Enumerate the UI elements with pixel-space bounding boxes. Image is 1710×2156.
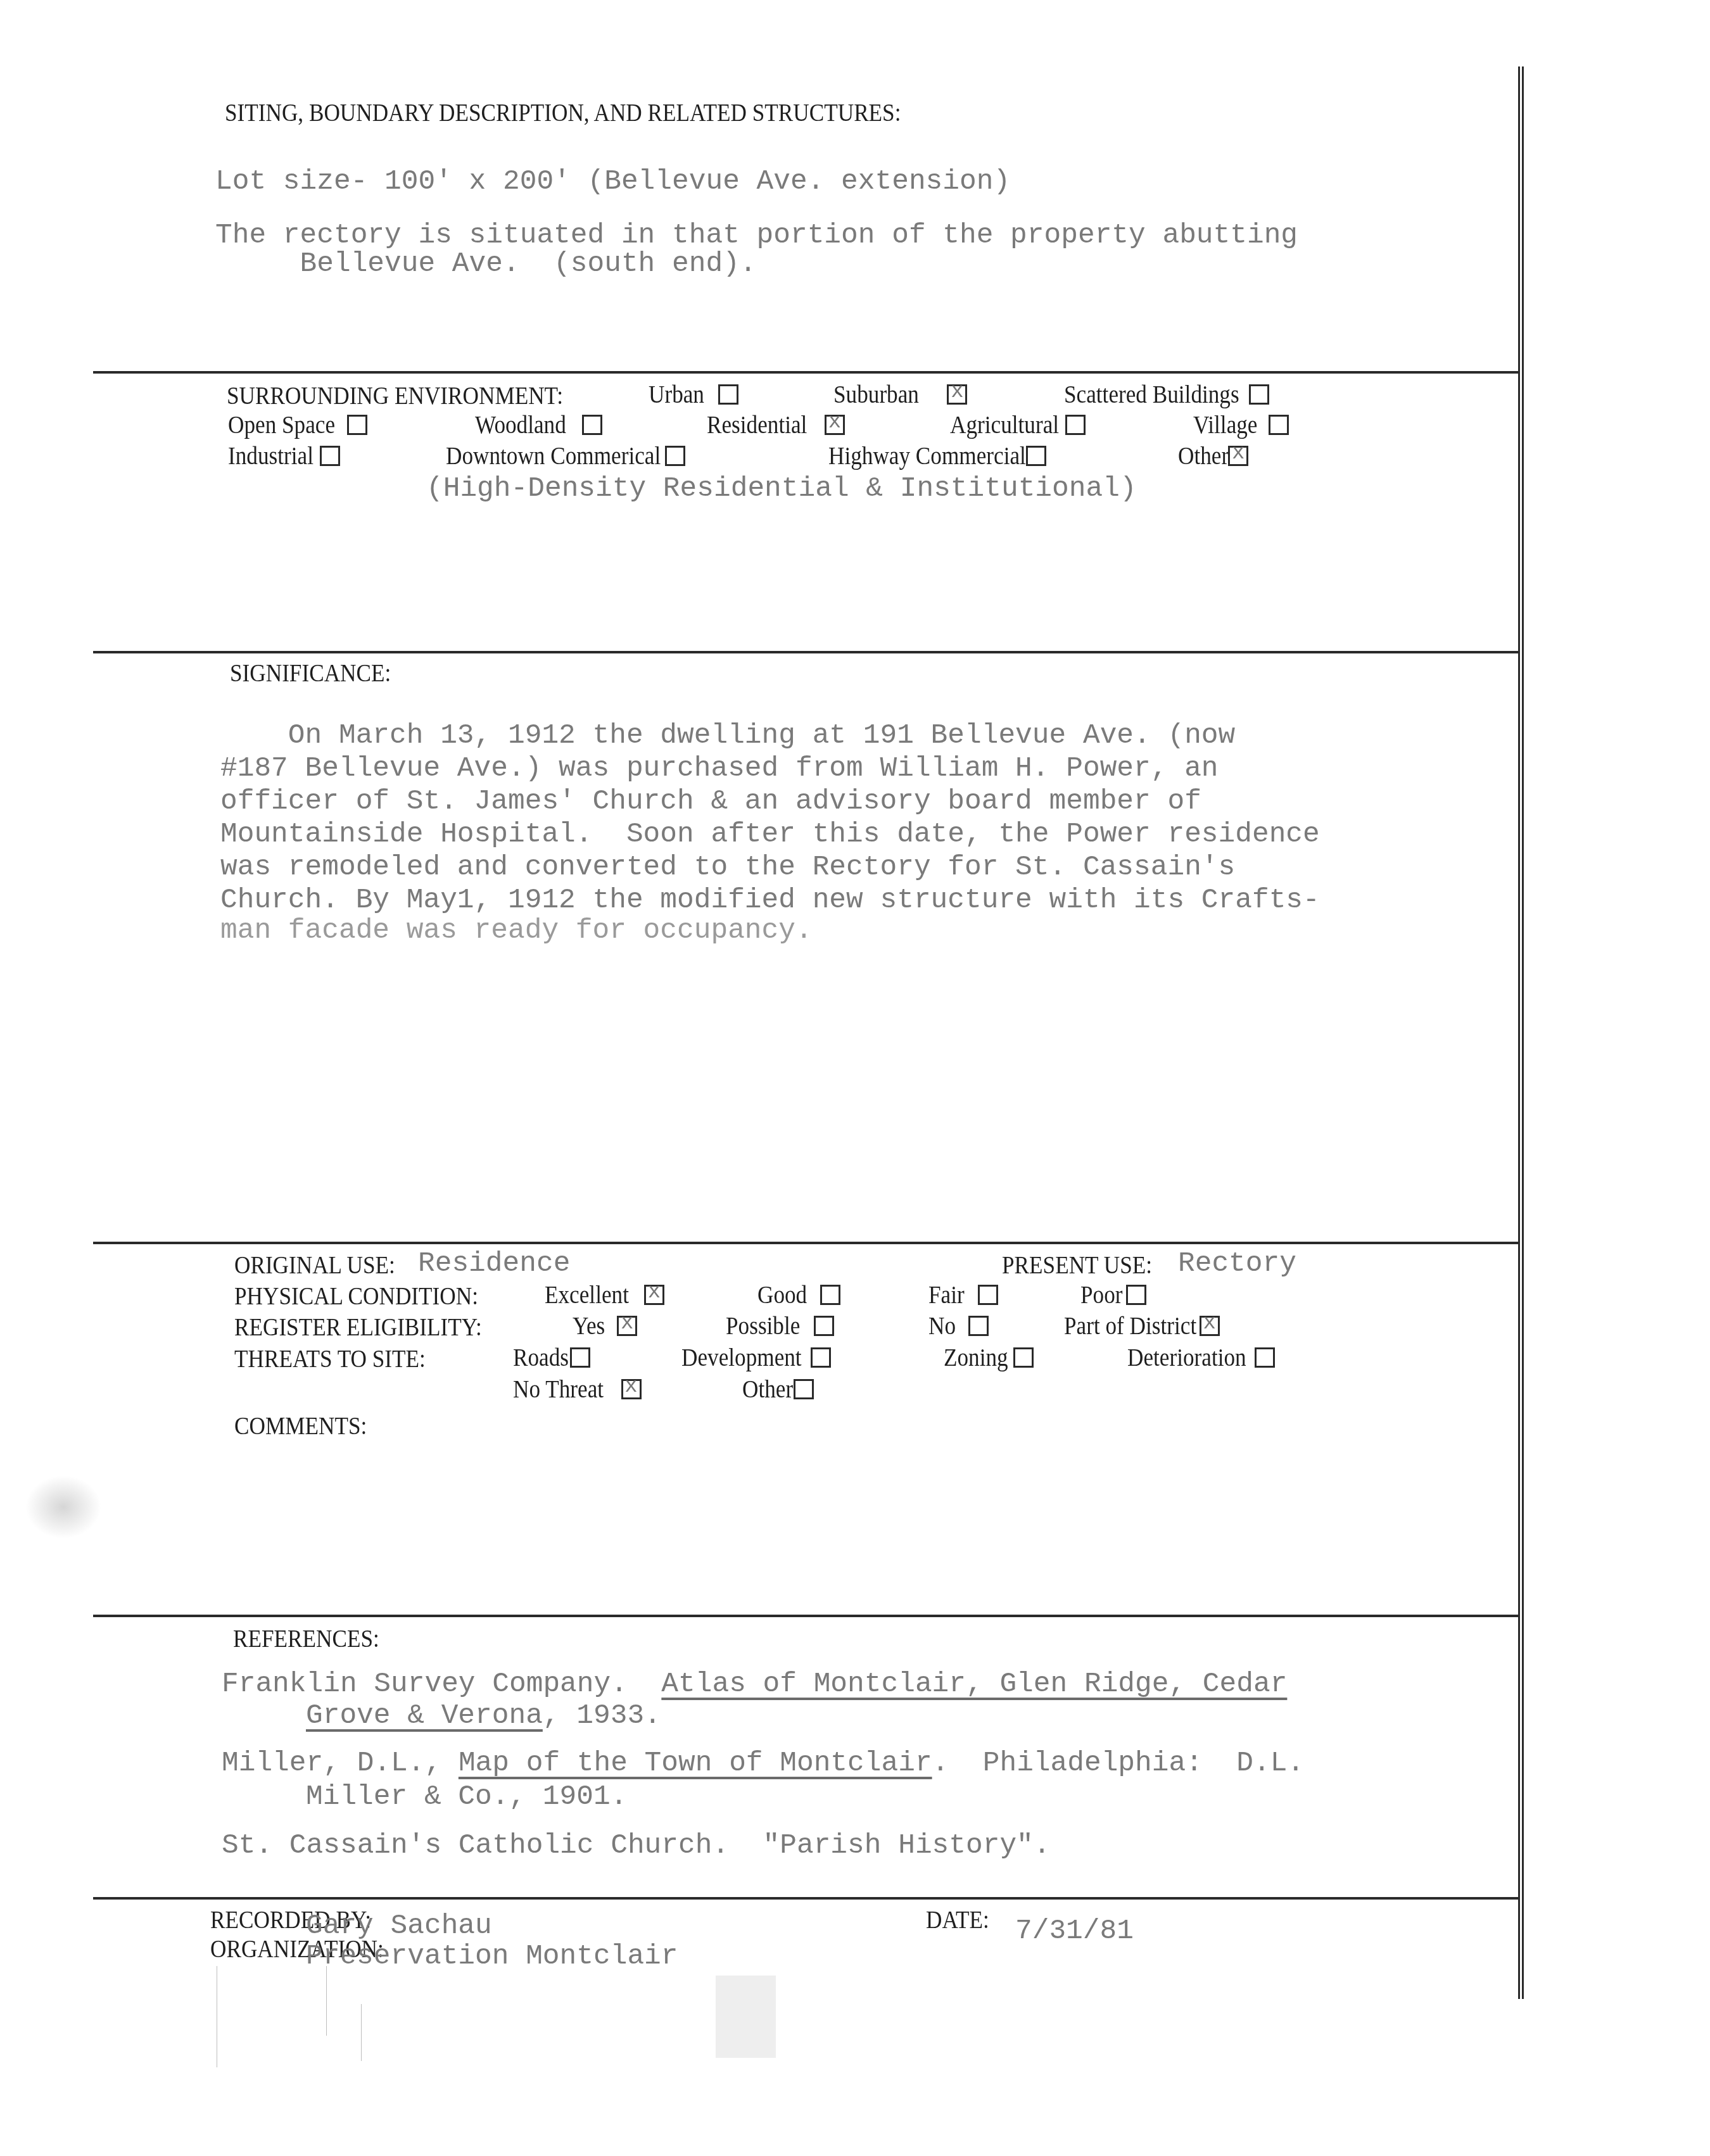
option-label: Other (1178, 443, 1229, 469)
reference-publisher: . Philadelphia: D.L. (932, 1748, 1305, 1779)
option-label: Open Space (228, 412, 335, 438)
checkbox-urban[interactable] (718, 384, 738, 405)
option-label: Good (757, 1282, 807, 1308)
other-environment-note: (High-Density Residential & Institutiona… (426, 475, 1137, 503)
option-threat-other[interactable]: Other (742, 1377, 814, 1402)
checkbox-possible[interactable] (814, 1316, 834, 1336)
checkbox-scattered-buildings[interactable] (1249, 384, 1269, 405)
reference-title: Map of the Town of Montclair (459, 1748, 932, 1779)
significance-line: man facade was ready for occupancy. (220, 917, 813, 945)
option-poor[interactable]: Poor (1080, 1282, 1146, 1308)
checkbox-zoning[interactable] (1013, 1347, 1034, 1368)
threats-label: THREATS TO SITE: (234, 1346, 426, 1371)
option-zoning[interactable]: Zoning (944, 1345, 1034, 1370)
physical-condition-label: PHYSICAL CONDITION: (234, 1283, 478, 1309)
option-label: Woodland (475, 412, 566, 438)
checkbox-other[interactable] (1228, 446, 1248, 466)
section-divider (93, 1242, 1519, 1244)
checkbox-part-of-district[interactable] (1200, 1316, 1220, 1336)
significance-line: Mountainside Hospital. Soon after this d… (220, 821, 1320, 849)
option-label: Urban (649, 382, 704, 407)
reference-entry: St. Cassain's Catholic Church. "Parish H… (222, 1832, 1051, 1860)
scan-artifact-line (361, 2004, 362, 2061)
scan-smudge (25, 1475, 101, 1539)
option-woodland[interactable]: Woodland (475, 412, 602, 438)
siting-heading: SITING, BOUNDARY DESCRIPTION, AND RELATE… (225, 100, 901, 125)
date-value: 7/31/81 (1015, 1917, 1134, 1946)
option-label: No (928, 1313, 956, 1339)
option-label: Suburban (833, 382, 919, 407)
section-divider (93, 651, 1519, 653)
option-deterioration[interactable]: Deterioration (1127, 1345, 1275, 1370)
register-eligibility-label: REGISTER ELIGIBILITY: (234, 1314, 482, 1340)
checkbox-roads[interactable] (570, 1347, 590, 1368)
option-label: Downtown Commerical (446, 443, 661, 469)
option-open-space[interactable]: Open Space (228, 412, 367, 438)
significance-line: On March 13, 1912 the dwelling at 191 Be… (220, 722, 1235, 750)
option-label: Industrial (228, 443, 313, 469)
option-industrial[interactable]: Industrial (228, 443, 340, 469)
checkbox-development[interactable] (811, 1347, 831, 1368)
option-good[interactable]: Good (757, 1282, 840, 1308)
checkbox-no-threat[interactable] (621, 1379, 642, 1399)
option-part-of-district[interactable]: Part of District (1064, 1313, 1220, 1339)
option-development[interactable]: Development (681, 1345, 831, 1370)
significance-line: Church. By May1, 1912 the modified new s… (220, 886, 1320, 915)
option-urban[interactable]: Urban (649, 382, 738, 407)
option-other[interactable]: Other (1178, 443, 1248, 469)
option-label: Possible (726, 1313, 800, 1339)
section-divider (93, 1897, 1519, 1900)
checkbox-suburban[interactable] (947, 384, 967, 405)
reference-entry: Miller, D.L., Map of the Town of Montcla… (222, 1749, 1304, 1778)
significance-heading: SIGNIFICANCE: (230, 660, 391, 686)
survey-form-page: SITING, BOUNDARY DESCRIPTION, AND RELATE… (0, 0, 1710, 2156)
option-label: Fair (928, 1282, 965, 1308)
option-label: Part of District (1064, 1313, 1196, 1339)
option-downtown-commercial[interactable]: Downtown Commerical (446, 443, 685, 469)
option-residential[interactable]: Residential (707, 412, 845, 438)
option-scattered-buildings[interactable]: Scattered Buildings (1064, 382, 1269, 407)
checkbox-good[interactable] (820, 1285, 840, 1305)
scan-artifact-line (217, 1966, 217, 2067)
option-label: Deterioration (1127, 1345, 1246, 1370)
option-label: Poor (1080, 1282, 1123, 1308)
option-roads[interactable]: Roads (513, 1345, 590, 1370)
reference-author: Miller, D.L., (222, 1748, 459, 1779)
option-label: Scattered Buildings (1064, 382, 1239, 407)
siting-line: Bellevue Ave. (south end). (215, 250, 757, 279)
option-label: Other (742, 1377, 793, 1402)
checkbox-industrial[interactable] (320, 446, 340, 466)
present-use-value: Rectory (1178, 1250, 1296, 1278)
checkbox-fair[interactable] (978, 1285, 998, 1305)
significance-line: #187 Bellevue Ave.) was purchased from W… (220, 755, 1219, 783)
organization-value: Preservation Montclair (306, 1943, 678, 1971)
reference-title: Atlas of Montclair, Glen Ridge, Cedar (661, 1668, 1287, 1700)
checkbox-excellent[interactable] (644, 1285, 664, 1305)
original-use-value: Residence (418, 1250, 570, 1278)
right-border-line-inner (1518, 66, 1520, 1999)
reference-entry: Franklin Survey Company. Atlas of Montcl… (222, 1670, 1287, 1699)
checkbox-deterioration[interactable] (1255, 1347, 1275, 1368)
reference-year: , 1933. (543, 1700, 661, 1732)
section-divider (93, 1615, 1519, 1617)
option-label: Excellent (545, 1282, 629, 1308)
option-label: No Threat (513, 1377, 604, 1402)
reference-entry-continuation: Grove & Verona, 1933. (306, 1702, 661, 1730)
reference-entry-continuation: Miller & Co., 1901. (306, 1783, 627, 1812)
option-label: Yes (573, 1313, 605, 1339)
option-label: Development (681, 1345, 802, 1370)
date-label: DATE: (926, 1907, 989, 1932)
siting-line: Lot size- 100' x 200' (Bellevue Ave. ext… (215, 168, 1010, 196)
significance-line: officer of St. James' Church & an adviso… (220, 788, 1201, 816)
reference-title: Grove & Verona (306, 1700, 543, 1732)
option-possible[interactable]: Possible (726, 1313, 834, 1339)
checkbox-poor[interactable] (1126, 1285, 1146, 1305)
checkbox-residential[interactable] (825, 415, 845, 435)
option-label: Residential (707, 412, 807, 438)
siting-line: The rectory is situated in that portion … (215, 222, 1298, 250)
checkbox-yes[interactable] (617, 1316, 637, 1336)
original-use-label: ORIGINAL USE: (234, 1252, 395, 1278)
checkbox-no[interactable] (968, 1316, 989, 1336)
right-border-line-outer (1522, 66, 1524, 1999)
option-suburban[interactable]: Suburban (833, 382, 967, 407)
option-agricultural[interactable]: Agricultural (950, 412, 1086, 438)
checkbox-threat-other[interactable] (794, 1379, 814, 1399)
scan-smudge (716, 1976, 776, 2058)
option-label: Zoning (944, 1345, 1008, 1370)
option-label: Agricultural (950, 412, 1059, 438)
option-label: Roads (513, 1345, 569, 1370)
checkbox-woodland[interactable] (582, 415, 602, 435)
checkbox-village[interactable] (1269, 415, 1289, 435)
option-no-threat[interactable]: No Threat (513, 1377, 642, 1402)
surrounding-heading: SURROUNDING ENVIRONMENT: (227, 383, 563, 408)
option-highway-commercial[interactable]: Highway Commercial (828, 443, 1046, 469)
section-divider (93, 371, 1519, 374)
option-excellent[interactable]: Excellent (545, 1282, 664, 1308)
comments-label: COMMENTS: (234, 1413, 367, 1439)
checkbox-open-space[interactable] (347, 415, 367, 435)
checkbox-downtown-commercial[interactable] (665, 446, 685, 466)
option-village[interactable]: Village (1193, 412, 1289, 438)
option-no[interactable]: No (928, 1313, 989, 1339)
option-fair[interactable]: Fair (928, 1282, 998, 1308)
present-use-label: PRESENT USE: (1002, 1252, 1152, 1278)
references-heading: REFERENCES: (233, 1626, 379, 1651)
option-yes[interactable]: Yes (573, 1313, 637, 1339)
option-label: Highway Commercial (828, 443, 1026, 469)
option-label: Village (1193, 412, 1258, 438)
reference-author: Franklin Survey Company. (222, 1668, 661, 1700)
checkbox-highway-commercial[interactable] (1026, 446, 1046, 466)
checkbox-agricultural[interactable] (1065, 415, 1086, 435)
scan-artifact-line (326, 1966, 327, 2036)
significance-line: was remodeled and converted to the Recto… (220, 854, 1235, 882)
